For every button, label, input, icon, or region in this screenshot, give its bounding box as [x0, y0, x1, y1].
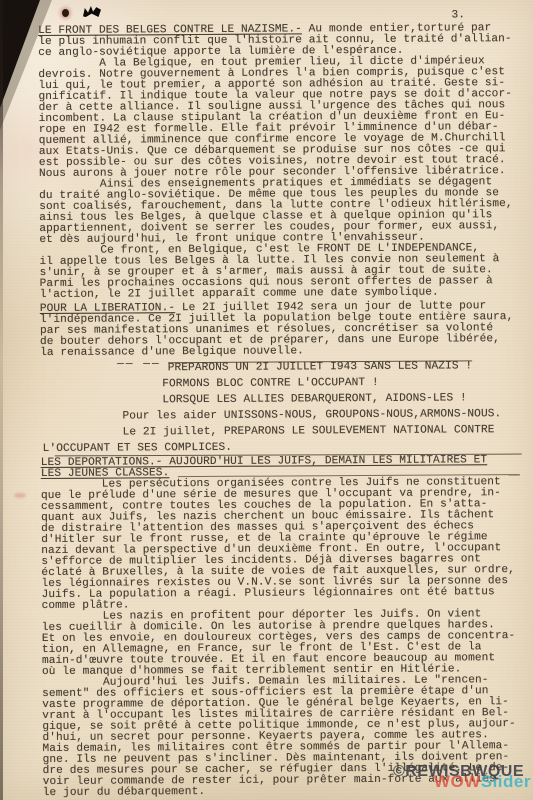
section-deportations: LES DEPORTATIONS.- AUJOURD'HUI LES JUIFS…: [41, 455, 524, 799]
slogan-line: —— ——PREPARONS UN 2I JUILLET I943 SANS L…: [117, 360, 521, 374]
dash-marks: —— ——: [117, 359, 161, 370]
slogan-text: PREPARONS UN 2I JUILLET I943 SANS LES NA…: [168, 360, 472, 374]
scan-left-edge: [0, 0, 3, 800]
slogan-block: —— ——PREPARONS UN 2I JUILLET I943 SANS L…: [40, 360, 522, 455]
document-page: 3. LE FRONT DES BELGES CONTRE LE NAZISME…: [38, 10, 524, 800]
paragraph-deportations: Les persécutions organisées contre les J…: [41, 477, 524, 799]
paragraph-liberation: l'indépendance. Ce 2I juillet la populat…: [40, 312, 521, 359]
slogan-line: Pour les aider UNISSONS-NOUS, GROUPONS-N…: [122, 409, 521, 422]
section-pour-la-liberation: POUR LA LIBERATION.- Le 2I juillet I942 …: [40, 301, 521, 359]
slogan-line: LORSQUE LES ALLIES DEBARQUERONT, AIDONS-…: [162, 393, 521, 406]
paragraph-front: le plus inhumain conflit que l'histoire …: [38, 34, 521, 301]
watermark-dark-text: ©REWISBWQUE: [393, 763, 524, 781]
paper-stain: [14, 493, 26, 498]
slogan-line: Le 2I juillet, PREPARONS LE SOULEVEMENT …: [123, 425, 522, 438]
slogan-line: FORMONS BLOC CONTRE L'OCCUPANT !: [162, 377, 521, 390]
section-front-des-belges: LE FRONT DES BELGES CONTRE LE NAZISME.- …: [38, 23, 521, 301]
watermark: WOWSlider ©REWISBWQUE: [391, 763, 531, 795]
